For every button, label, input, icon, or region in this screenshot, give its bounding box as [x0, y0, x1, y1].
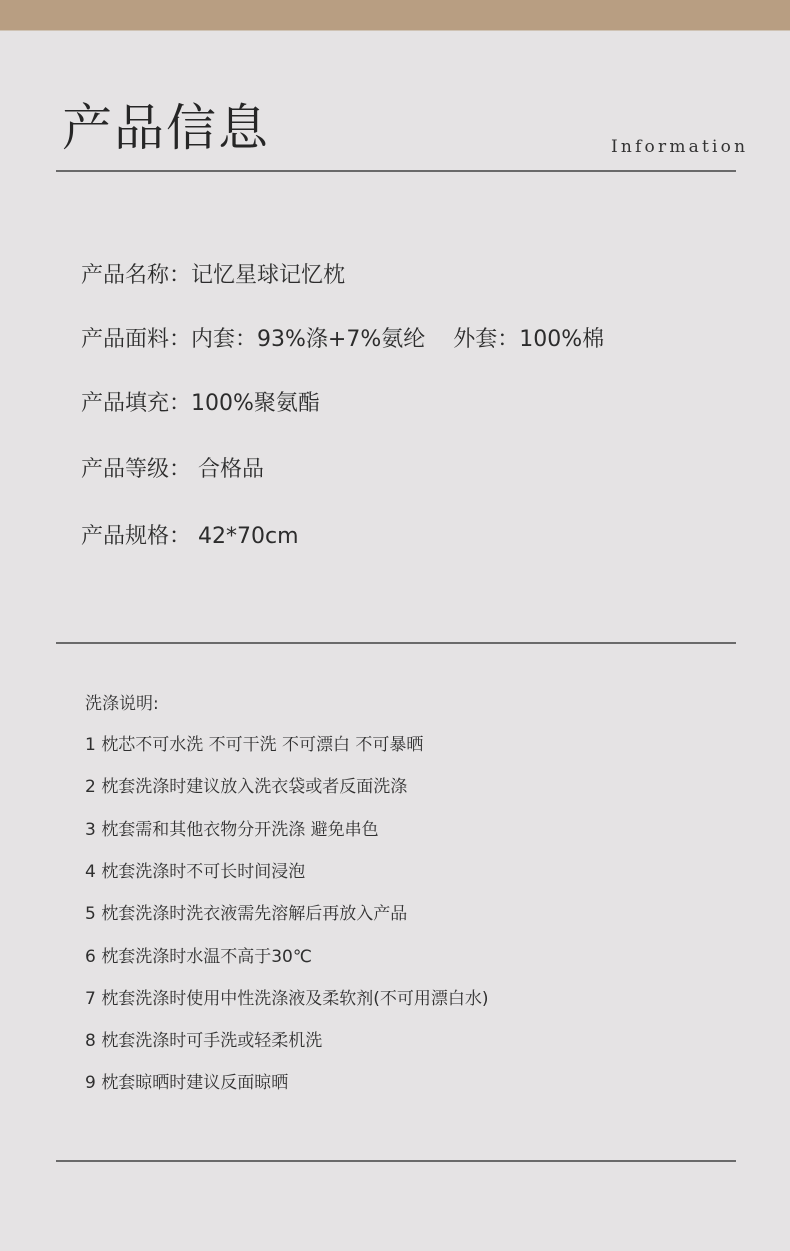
- spec-label: 产品等级：: [81, 455, 191, 485]
- washing-item: 4 枕套洗涤时不可长时间浸泡: [85, 860, 305, 884]
- washing-item: 9 枕套晾晒时建议反面晾晒: [85, 1071, 288, 1095]
- spec-row-filling: 产品填充：100%聚氨酯: [67, 359, 320, 419]
- washing-item: 6 枕套洗涤时水温不高于30℃: [85, 945, 312, 969]
- washing-item: 1 枕芯不可水洗 不可干洗 不可漂白 不可暴晒: [85, 733, 423, 757]
- spec-row-size: 产品规格： 42*70cm: [67, 492, 299, 552]
- page-title: 产品信息: [62, 98, 270, 158]
- spec-label: 产品填充：: [81, 389, 191, 419]
- divider-middle: [56, 642, 736, 644]
- spec-value: 内套：93%涤+7%氨纶 外套：100%棉: [191, 325, 604, 355]
- top-color-band: [0, 0, 790, 31]
- washing-item: 5 枕套洗涤时洗衣液需先溶解后再放入产品: [85, 902, 407, 926]
- spec-row-name: 产品名称：记忆星球记忆枕: [67, 231, 345, 291]
- spec-row-grade: 产品等级： 合格品: [67, 425, 264, 485]
- washing-instructions-title: 洗涤说明:: [85, 692, 159, 716]
- washing-item: 3 枕套需和其他衣物分开洗涤 避免串色: [85, 818, 379, 842]
- spec-value: 42*70cm: [191, 522, 299, 552]
- washing-item: 2 枕套洗涤时建议放入洗衣袋或者反面洗涤: [85, 775, 407, 799]
- spec-value: 记忆星球记忆枕: [191, 261, 345, 291]
- divider-bottom: [56, 1160, 736, 1162]
- spec-label: 产品面料：: [81, 325, 191, 355]
- spec-row-fabric: 产品面料：内套：93%涤+7%氨纶 外套：100%棉: [67, 295, 604, 355]
- spec-value: 100%聚氨酯: [191, 389, 320, 419]
- washing-item: 8 枕套洗涤时可手洗或轻柔机洗: [85, 1029, 322, 1053]
- spec-label: 产品名称：: [81, 261, 191, 291]
- washing-item: 7 枕套洗涤时使用中性洗涤液及柔软剂(不可用漂白水): [85, 987, 488, 1011]
- spec-value: 合格品: [191, 455, 264, 485]
- page-subtitle-english: Information: [611, 137, 748, 157]
- spec-label: 产品规格：: [81, 522, 191, 552]
- divider-top: [56, 170, 736, 172]
